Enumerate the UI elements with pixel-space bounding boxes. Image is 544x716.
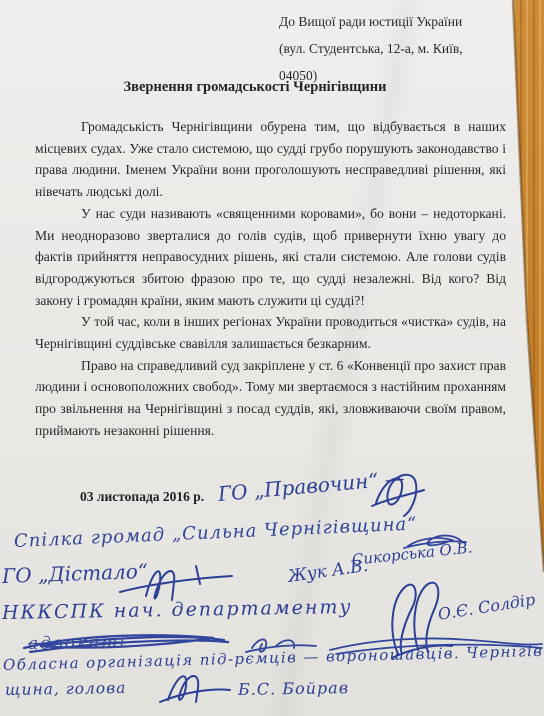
date-line: 03 листопада 2016 р.	[80, 489, 204, 505]
paragraph-4: Право на справедливий суд закріплене у с…	[35, 355, 506, 442]
handwritten-org-pravochyn: ГО „Правочин“ —	[217, 466, 406, 506]
handwritten-org-spilka-hromad: Спілка громад „Сильна Чернігівщина“	[14, 513, 418, 552]
paper-sheet: До Вищої ради юстиції України (вул. Студ…	[0, 0, 544, 716]
handwritten-signer-soldir: О.Є. Солдір	[437, 590, 537, 624]
handwritten-signer-sykorska: Сикорська О.В.	[351, 538, 473, 569]
paragraph-2: У нас суди називають «священними коровам…	[35, 203, 506, 312]
document-body: Громадськість Чернігівщини обурена тим, …	[35, 116, 506, 442]
handwritten-org-oblast-line2: щина, голова	[5, 679, 127, 699]
document-title: Звернення громадськості Чернігівщини	[0, 79, 510, 96]
handwritten-struck-word: адвокаті	[28, 632, 127, 654]
document-photo: До Вищої ради юстиції України (вул. Студ…	[0, 0, 544, 716]
paragraph-3: У той час, коли в інших регіонах України…	[35, 311, 506, 354]
recipient-line-1: До Вищої ради юстиції України	[279, 8, 463, 35]
paragraph-1: Громадськість Чернігівщини обурена тим, …	[35, 116, 506, 203]
recipient-line-2: (вул. Студентська, 12-а, м. Київ,	[279, 35, 463, 62]
handwritten-org-distalo: ГО „Дістало“	[2, 559, 149, 588]
handwritten-signer-zhuk: Жук А.В.	[287, 556, 370, 587]
handwritten-org-nkkspk: НККСПК нач. департаменту	[2, 596, 353, 624]
handwritten-signer-boirav: Б.С. Бойрав	[238, 678, 349, 699]
recipient-block: До Вищої ради юстиції України (вул. Студ…	[279, 8, 463, 89]
